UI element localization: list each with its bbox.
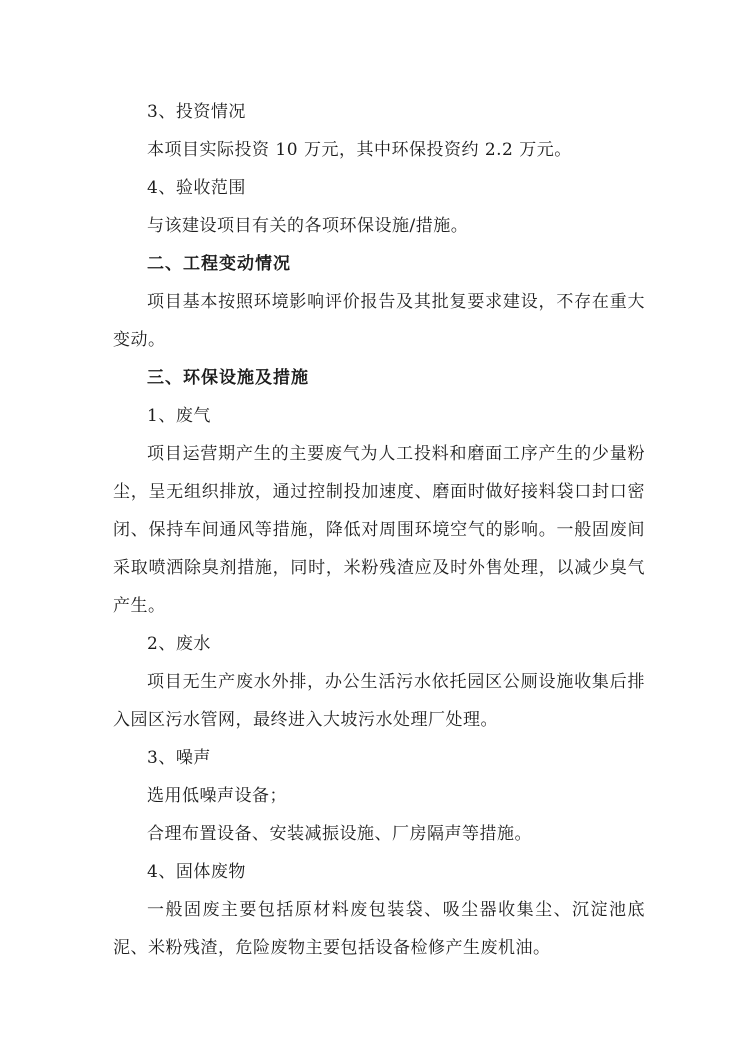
subheading-wastewater: 2、废水 (113, 625, 645, 663)
heading-env-facilities: 三、环保设施及措施 (113, 359, 645, 397)
para-acceptance-scope-detail: 与该建设项目有关的各项环保设施/措施。 (113, 207, 645, 245)
subheading-investment: 3、投资情况 (113, 93, 645, 131)
para-noise-equipment: 选用低噪声设备； (113, 777, 645, 815)
para-project-changes-detail: 项目基本按照环境影响评价报告及其批复要求建设，不存在重大变动。 (113, 283, 645, 359)
subheading-noise: 3、噪声 (113, 739, 645, 777)
heading-project-changes: 二、工程变动情况 (113, 245, 645, 283)
para-solid-waste-detail: 一般固废主要包括原材料废包装袋、吸尘器收集尘、沉淀池底泥、米粉残渣，危险废物主要… (113, 891, 645, 967)
document-page: 3、投资情况 本项目实际投资 10 万元，其中环保投资约 2.2 万元。 4、验… (0, 0, 740, 1046)
subheading-acceptance-scope: 4、验收范围 (113, 169, 645, 207)
para-waste-gas-detail: 项目运营期产生的主要废气为人工投料和磨面工序产生的少量粉尘，呈无组织排放，通过控… (113, 435, 645, 625)
subheading-solid-waste: 4、固体废物 (113, 853, 645, 891)
subheading-waste-gas: 1、废气 (113, 397, 645, 435)
para-noise-measures: 合理布置设备、安装减振设施、厂房隔声等措施。 (113, 815, 645, 853)
para-wastewater-detail: 项目无生产废水外排，办公生活污水依托园区公厕设施收集后排入园区污水管网，最终进入… (113, 663, 645, 739)
para-investment-detail: 本项目实际投资 10 万元，其中环保投资约 2.2 万元。 (113, 131, 645, 169)
